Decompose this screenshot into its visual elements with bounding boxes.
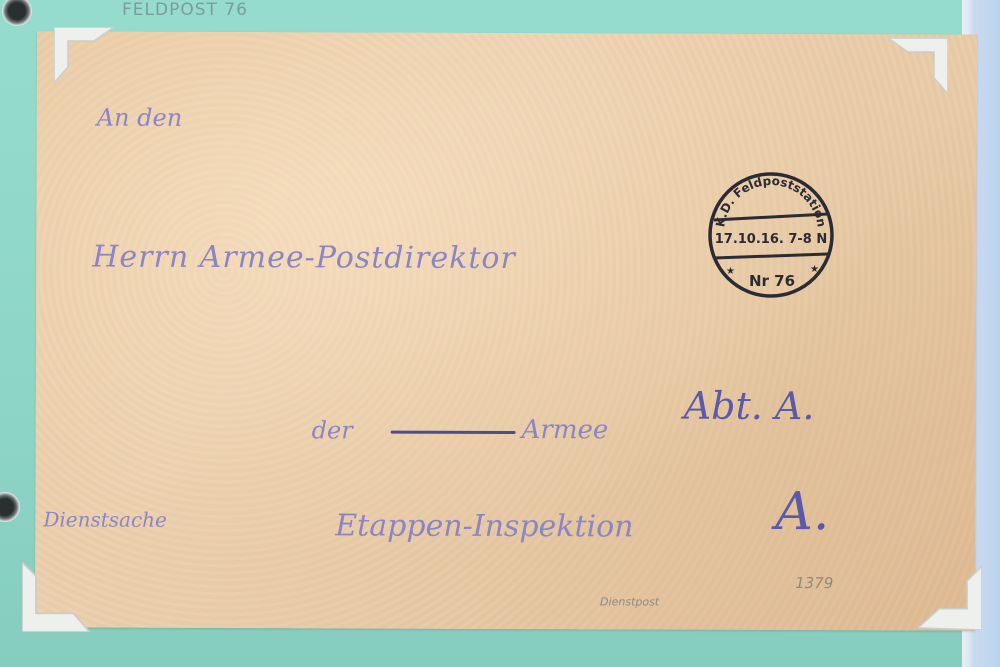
photo-corner-bottom-right [918,566,982,630]
address-line-3-letter: A. [775,482,829,542]
album-page: FELDPOST 76 An den Herrn Armee-Postdirek… [0,0,1000,667]
svg-text:★: ★ [726,266,735,277]
svg-text:★: ★ [810,264,819,275]
postmark-date: 17.10.16. 7-8 N [715,232,828,247]
left-note: Dienstsache [43,507,167,531]
address-line-3: Etappen-Inspektion [335,508,633,544]
binder-ring-top [2,0,32,26]
photo-corner-bottom-left [22,562,92,632]
postmark: K.D. Feldpoststation 17.10.16. 7-8 N ★ ★… [706,170,836,300]
envelope: An den Herrn Armee-Postdirektor der Arme… [35,31,977,630]
address-line-2-abt: Abt. A. [684,384,815,428]
address-blank-line [391,431,516,434]
address-line-2-prefix: der [312,416,353,444]
address-line-1: Herrn Armee-Postdirektor [92,240,516,276]
binder-ring-bottom [0,492,20,522]
photo-corner-top-right [888,38,948,98]
album-label: FELDPOST 76 [122,0,248,20]
postmark-number: Nr 76 [749,272,795,290]
address-line-2-army: Armee [522,415,609,445]
salutation-text: An den [97,104,183,132]
photo-corner-top-left [54,27,114,87]
pencil-note: Dienstpost [600,595,659,608]
pencil-number: 1379 [795,574,833,592]
